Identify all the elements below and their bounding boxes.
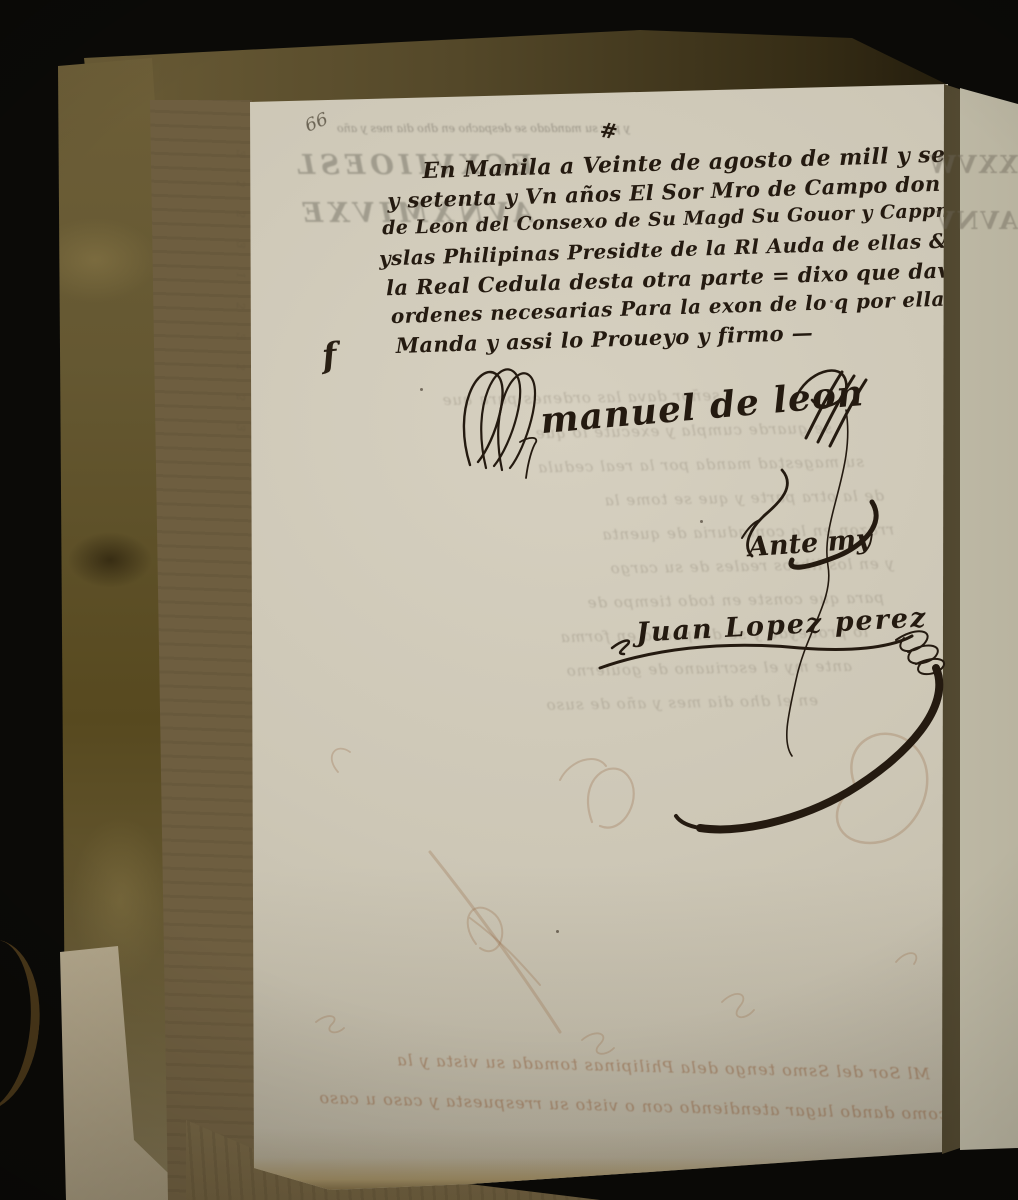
showthrough-text-line: en el dho dia mes y año de suso [278, 691, 818, 718]
manuscript-photo: 3 2 2 3 1 2 3 2 2 3 y por su mandado se … [0, 0, 1018, 1200]
act-text-block: En Manila a Veinte de agosto de mill y s… [380, 141, 981, 363]
foxing-speck [556, 930, 559, 933]
showthrough-reversed-line: como dando lugar atendiendo con o visto … [283, 1087, 948, 1123]
binding-tie-strap [0, 940, 48, 1116]
heading-cross-mark: # [598, 117, 620, 145]
margin-paraph: f [320, 335, 339, 376]
facing-showthrough-capitals: XXVW [960, 150, 1018, 179]
facing-showthrough-capitals: AVNV [960, 206, 1018, 235]
showthrough-text-line: de la otra parte y que se tome la [264, 487, 884, 516]
showthrough-text-line: ante my el escriuano de gouierno [272, 657, 852, 685]
foxing-speck [700, 520, 703, 523]
showthrough-script-line: y por su mandado se despacho en dho dia … [300, 122, 630, 135]
page-edge-marks: 3 2 2 3 1 2 3 2 2 3 [234, 150, 247, 1080]
page-deckle-edge [250, 1128, 946, 1194]
foxing-speck [420, 388, 423, 391]
showthrough-reversed-line: Ml Sor del Ssmo tengo dela Philipinas to… [295, 1048, 930, 1084]
showthrough-text-line: su magestad manda por la real cedula [264, 453, 864, 481]
